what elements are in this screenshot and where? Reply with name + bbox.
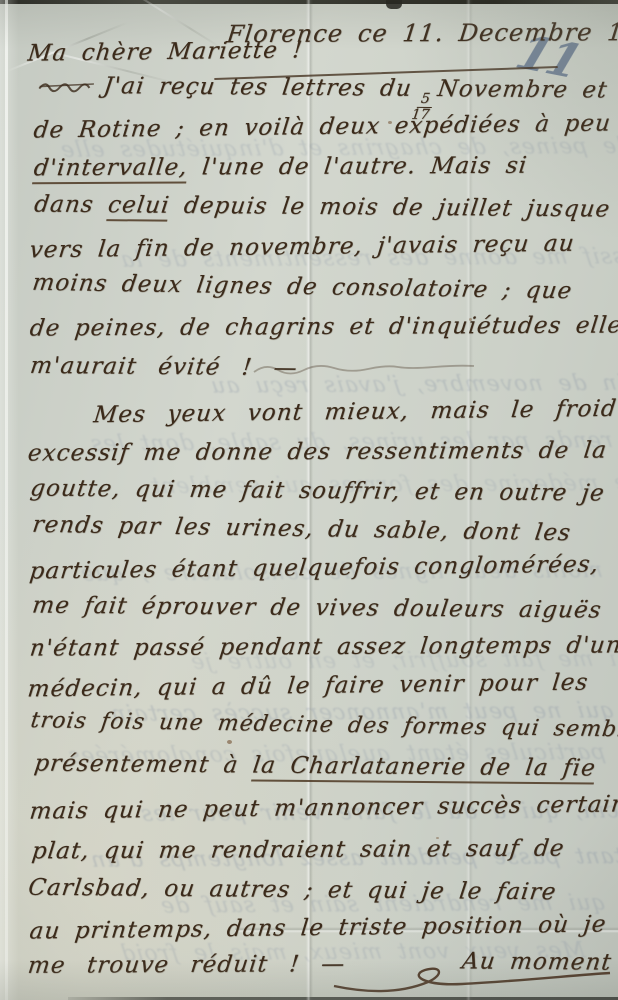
letter-line: de Rotine ; en voilà deux expédiées à pe… bbox=[32, 111, 612, 143]
letter-line: particules étant quelquefois conglomérée… bbox=[28, 553, 600, 585]
letter-line: Carlsbad, ou autres ; et qui je le faire bbox=[27, 876, 558, 906]
letter-line: médecin, qui a dû le faire venir pour le… bbox=[26, 671, 590, 703]
letter-scan-page: de peines, de chagrins et d'inquiétudes … bbox=[0, 0, 618, 1000]
line-text: présentement à bbox=[33, 751, 241, 779]
letter-line: moins deux lignes de consolatoire ; que bbox=[31, 271, 574, 305]
line-text: l'une de l'autre. Mais si bbox=[201, 153, 529, 181]
letter-line: présentement à la Charlatanerie de la fi… bbox=[33, 752, 598, 782]
line-text: Novembre et bbox=[436, 76, 609, 103]
letter-line: me fait éprouver de vives douleurs aiguë… bbox=[31, 594, 604, 624]
underlined-word: d'intervalle, bbox=[32, 154, 189, 184]
underlined-phrase: la Charlatanerie de la fie bbox=[251, 752, 598, 784]
letter-line: goutte, qui me fait souffrir, et en outr… bbox=[29, 476, 607, 506]
salutation: Ma chère Mariette ! bbox=[26, 38, 304, 67]
letter-line: rends par les urines, du sable, dont les bbox=[31, 513, 573, 547]
underlined-word: celui bbox=[106, 192, 171, 222]
letter-line: m'aurait évité ! — bbox=[28, 354, 299, 382]
letter-line: plat, qui me rendraient sain et sauf de bbox=[30, 837, 566, 865]
letter-line: trois fois une médecine des formes qui s… bbox=[29, 709, 618, 743]
letter-line: d'intervalle, l'une de l'autre. Mais si bbox=[32, 154, 528, 182]
letter-line: me trouve réduit ! — bbox=[26, 952, 346, 979]
line-text: J'ai reçu tes lettres du bbox=[102, 73, 414, 102]
line-text: depuis le mois de juillet jusque bbox=[182, 193, 612, 223]
letter-line: excessif me donne des ressentiments de l… bbox=[26, 438, 608, 466]
line-text: dans bbox=[33, 191, 96, 218]
letter-line: au printemps, dans le triste position où… bbox=[28, 912, 608, 944]
scan-edge-notch bbox=[386, 0, 402, 9]
letter-line: n'étant passé pendant assez longtemps d'… bbox=[28, 633, 618, 661]
catchword: Au moment bbox=[460, 949, 613, 976]
letter-line: mais qui ne peut m'annoncer succès certa… bbox=[28, 792, 618, 825]
letter-line: dans celui depuis le mois de juillet jus… bbox=[33, 192, 612, 222]
letter-line: Mes yeux vont mieux, mais le froid bbox=[92, 397, 618, 429]
paper-left-edge-highlight bbox=[5, 0, 8, 1000]
scribbled-out-word bbox=[37, 79, 97, 96]
letter-line: vers la fin de novembre, j'avais reçu au bbox=[28, 232, 576, 264]
ink-spot bbox=[227, 740, 232, 744]
letter-line: de peines, de chagrins et d'inquiétudes … bbox=[28, 313, 618, 341]
